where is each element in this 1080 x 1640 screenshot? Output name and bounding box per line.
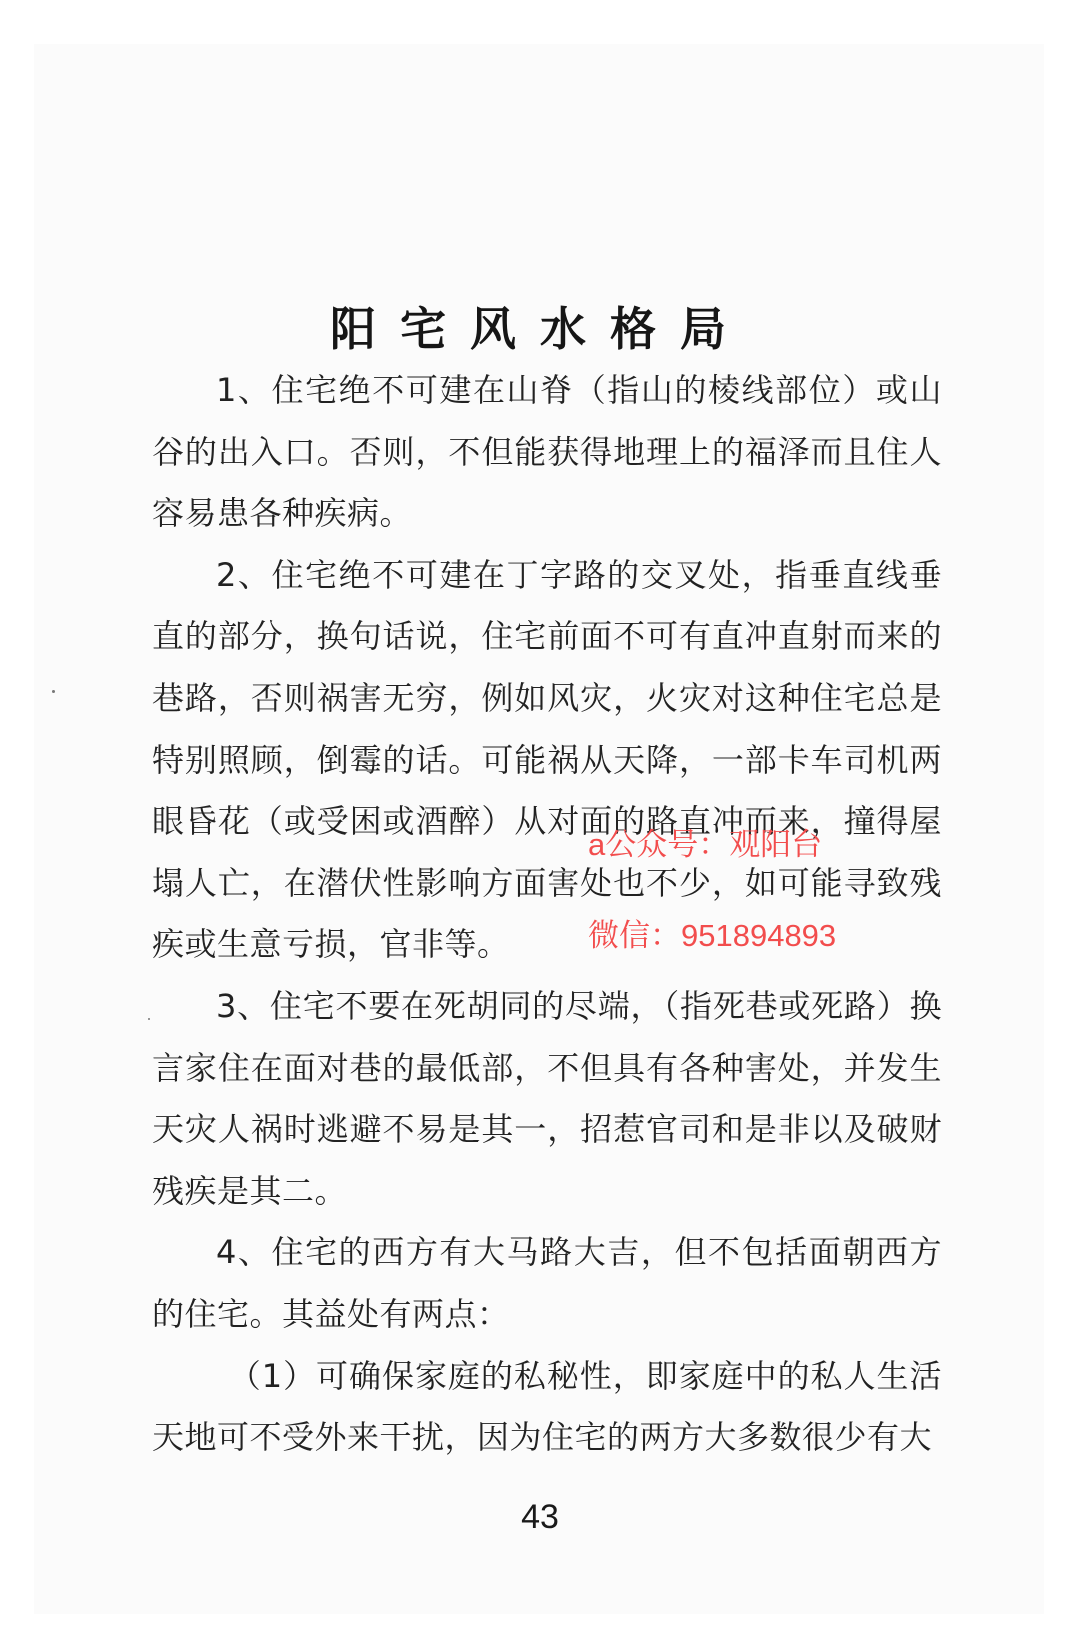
page-number: 43 xyxy=(0,1498,1080,1537)
paragraph-1: 1、住宅绝不可建在山脊（指山的棱线部位）或山谷的出入口。否则，不但能获得地理上的… xyxy=(152,360,942,545)
document-body: 1、住宅绝不可建在山脊（指山的棱线部位）或山谷的出入口。否则，不但能获得地理上的… xyxy=(152,360,942,1469)
page-title: 阳宅风水格局 xyxy=(0,299,1080,359)
scan-speck xyxy=(52,690,55,693)
watermark-official-account: a公众号：观阳台 xyxy=(588,826,822,864)
watermark-wechat: 微信：951894893 xyxy=(588,917,836,955)
paragraph-4: 4、住宅的西方有大马路大吉，但不包括面朝西方的住宅。其益处有两点： xyxy=(152,1222,942,1345)
paragraph-4-point-1: （1）可确保家庭的私秘性，即家庭中的私人生活天地可不受外来干扰，因为住宅的两方大… xyxy=(152,1346,942,1469)
paragraph-2: 2、住宅绝不可建在丁字路的交叉处，指垂直线垂直的部分，换句话说，住宅前面不可有直… xyxy=(152,545,942,976)
scan-speck xyxy=(148,1018,150,1020)
paragraph-3: 3、住宅不要在死胡同的尽端，（指死巷或死路）换言家住在面对巷的最低部，不但具有各… xyxy=(152,976,942,1222)
